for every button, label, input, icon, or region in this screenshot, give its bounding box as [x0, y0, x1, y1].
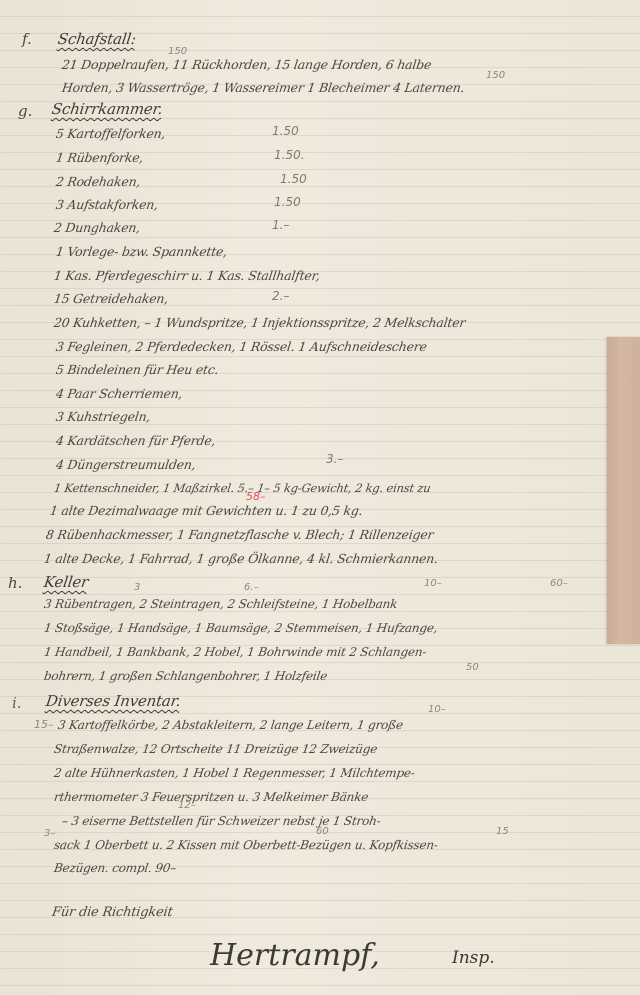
keller-line-4: bohrern, 1 großen Schlangenbohrer, 1 Hol… [43, 669, 328, 683]
item-line: 1 Kettenschneider, 1 Maßzirkel. 5.– 1– 5… [53, 481, 431, 495]
item-price: 1.50. [274, 148, 305, 162]
margin-price-note: 3– [44, 828, 55, 839]
pencil-note: 10– [428, 704, 446, 715]
section-title-schafstall: Schafstall: [57, 30, 137, 48]
item-line: 1 alte Decke, 1 Fahrrad, 1 große Ölkanne… [43, 551, 439, 566]
pencil-note: 15 [496, 826, 509, 837]
pencil-note: 10– [424, 578, 442, 589]
margin-price-note: 15– [34, 718, 54, 731]
pencil-note: 60 [316, 826, 329, 837]
inventar-line-7: Bezügen. compl. 90– [53, 861, 177, 875]
signature: Hertrampf, [210, 938, 380, 973]
item-line: 2 Dunghaken, [53, 220, 141, 235]
item-line: 15 Getreidehaken, [53, 291, 169, 306]
red-price-annotation: 58– [246, 490, 266, 503]
inventar-line-5: – 3 eiserne Bettstellen für Schweizer ne… [61, 814, 382, 828]
item-line: 3 Fegleinen, 2 Pferdedecken, 1 Rössel. 1… [55, 339, 428, 354]
section-title-keller: Keller [43, 573, 90, 591]
pencil-note: 3 [134, 582, 140, 593]
section-title-diverses-inventar: Diverses Inventar. [45, 692, 182, 710]
item-line: 3 Kuhstriegeln, [55, 409, 151, 424]
item-line: 1 alte Dezimalwaage mit Gewichten u. 1 z… [49, 503, 364, 518]
item-price: 1.50 [272, 124, 299, 138]
item-price: 1.– [272, 218, 289, 232]
inventar-line-4: rthermometer 3 Feuerspritzen u. 3 Melkei… [53, 790, 369, 804]
keller-line-2: 1 Stoßsäge, 1 Handsäge, 1 Baumsäge, 2 St… [43, 621, 438, 635]
pencil-note: 150 [168, 46, 187, 57]
item-price: 3.– [326, 452, 343, 466]
section-letter-i: i. [12, 694, 22, 712]
section-letter-f: f. [22, 30, 32, 48]
section-letter-h: h. [8, 574, 22, 592]
item-line: 5 Bindeleinen für Heu etc. [55, 362, 220, 377]
item-price: 1.50 [280, 172, 307, 186]
section-letter-g: g. [18, 102, 32, 120]
keller-line-3: 1 Handbeil, 1 Bankbank, 2 Hobel, 1 Bohrw… [43, 645, 427, 659]
item-line: 3 Aufstakforken, [55, 197, 159, 212]
inventar-line-3: 2 alte Hühnerkasten, 1 Hobel 1 Regenmess… [53, 766, 416, 780]
item-line: 1 Vorlege- bzw. Spannkette, [55, 244, 228, 259]
keller-line-1: 3 Rübentragen, 2 Steintragen, 2 Schleifs… [43, 597, 398, 611]
item-price: 1.50 [274, 195, 301, 209]
certification-line: Für die Richtigkeit [51, 905, 174, 920]
item-line: 8 Rübenhackmesser, 1 Fangnetzflasche v. … [45, 527, 435, 542]
pencil-note: 150 [486, 70, 505, 81]
schafstall-line-2: Horden, 3 Wassertröge, 1 Wassereimer 1 B… [61, 80, 466, 95]
section-title-schirrkammer: Schirrkammer. [51, 100, 164, 118]
pencil-note: 6.– [244, 582, 259, 593]
inventar-line-1: 3 Kartoffelkörbe, 2 Abstakleitern, 2 lan… [57, 718, 404, 732]
item-line: 4 Paar Scherriemen, [55, 386, 184, 401]
item-line: 1 Rübenforke, [55, 150, 144, 165]
inventar-line-6: sack 1 Oberbett u. 2 Kissen mit Oberbett… [53, 838, 439, 852]
pencil-note: 50 [466, 662, 479, 673]
tape-strip [607, 337, 640, 644]
pencil-note: 60– [550, 578, 568, 589]
item-line: 20 Kuhketten, – 1 Wundspritze, 1 Injekti… [53, 315, 466, 330]
item-line: 4 Kardätschen für Pferde, [55, 433, 217, 448]
item-line: 1 Kas. Pferdegeschirr u. 1 Kas. Stallhal… [53, 268, 321, 283]
item-line: 4 Düngerstreumulden, [55, 457, 197, 472]
signature-title: Insp. [452, 948, 495, 968]
pencil-note: 12– [178, 800, 196, 811]
item-price: 2.– [272, 289, 289, 303]
item-line: 2 Rodehaken, [55, 174, 141, 189]
schafstall-line-1: 21 Doppelraufen, 11 Rückhorden, 15 lange… [61, 57, 432, 72]
item-line: 5 Kartoffelforken, [55, 126, 167, 141]
inventar-line-2: Straßenwalze, 12 Ortscheite 11 Dreizüge … [53, 742, 378, 756]
